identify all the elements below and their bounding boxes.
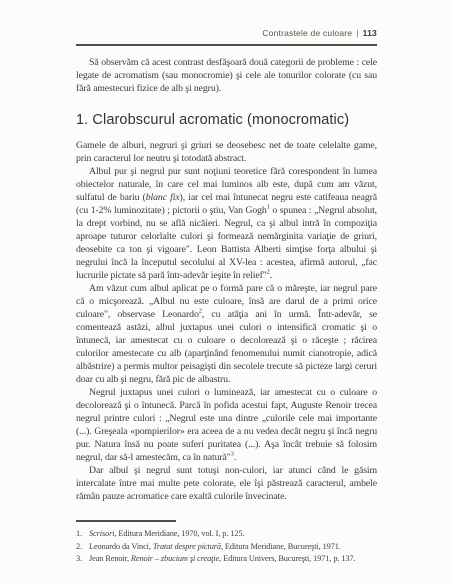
page-number: 113 (363, 28, 377, 38)
body-paragraph: Dar albul şi negrul sunt totuşi non-culo… (76, 464, 377, 503)
body-paragraph: Negrul juxtapus unei culori o luminează,… (76, 386, 377, 464)
body-paragraph: Gamele de alburi, negruri şi griuri se d… (76, 139, 377, 165)
footnote-item: 1. Scrisori, Editura Meridiane, 1970, vo… (76, 528, 377, 541)
running-header-chapter-title: Contrastele de culoare (262, 28, 352, 38)
page-body: Să observăm că acest contrast desfăşoară… (76, 56, 377, 566)
footnote-rule (76, 520, 176, 522)
header-rule (76, 44, 377, 46)
body-paragraph: Am văzut cum albul aplicat pe o formă pa… (76, 282, 377, 386)
book-page: Contrastele de culoare|113 Să observăm c… (0, 0, 452, 584)
footnote-number: 3. (76, 553, 89, 566)
footnote-text: Leonardo da Vinci, Tratat despre pictură… (89, 541, 377, 554)
footnote-item: 3. Jean Renoir, Renoir – zbucium şi crea… (76, 553, 377, 566)
running-header: Contrastele de culoare|113 (76, 28, 377, 38)
intro-paragraph: Să observăm că acest contrast desfăşoară… (76, 56, 377, 95)
footnote-text: Scrisori, Editura Meridiane, 1970, vol. … (89, 528, 377, 541)
footnotes-section: 1. Scrisori, Editura Meridiane, 1970, vo… (76, 520, 377, 566)
section-heading: 1. Clarobscurul acromatic (monocromatic) (76, 112, 377, 128)
running-header-separator: | (356, 28, 358, 38)
footnote-text: Jean Renoir, Renoir – zbucium şi creaţie… (89, 553, 377, 566)
footnote-item: 2. Leonardo da Vinci, Tratat despre pict… (76, 541, 377, 554)
body-paragraph: Albul pur şi negrul pur sunt noţiuni teo… (76, 165, 377, 282)
footnote-number: 2. (76, 541, 89, 554)
footnote-number: 1. (76, 528, 89, 541)
